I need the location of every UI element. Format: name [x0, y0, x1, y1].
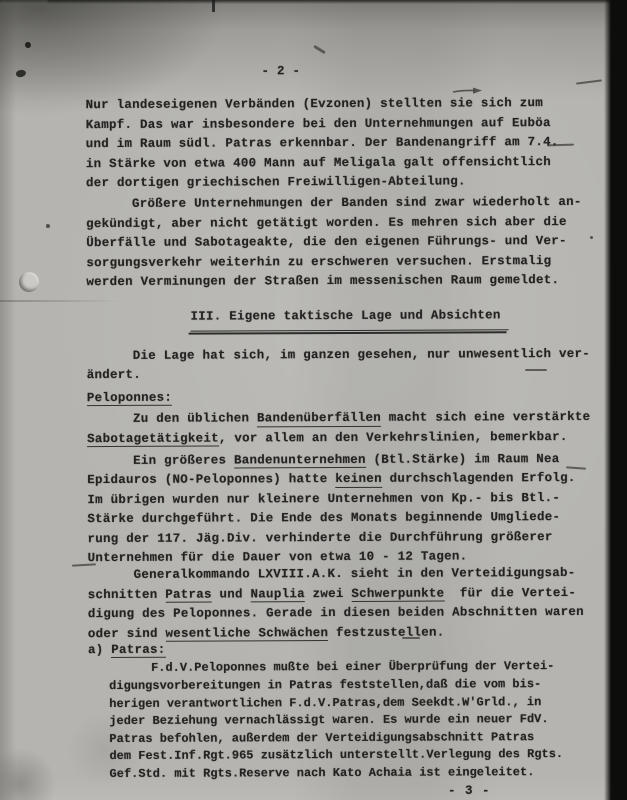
section-heading: III. Eigene taktische Lage und Absichten [191, 306, 592, 331]
paragraph: F.d.V.Peloponnes mußte bei einer Überprü… [109, 658, 594, 783]
text-line: herigen verantwortlichen F.d.V.Patras,de… [109, 693, 593, 713]
scan-right-black-edge [604, 0, 627, 800]
section-heading-text: III. Eigene taktische Lage und Absichten [191, 307, 509, 332]
text-line: ändert. [87, 364, 592, 386]
paragraph: Nur landeseigenen Verbänden (Evzonen) st… [86, 94, 591, 193]
paragraph: Zu den üblichen Bandenüberfällen macht s… [87, 408, 592, 449]
text-line: Stärke durchgeführt. Die Ende des Monats… [87, 508, 592, 530]
text-line: digung des Peloponnes. Gerade in diesen … [88, 603, 593, 625]
paragraph: Die Lage hat sich, im ganzen gesehen, nu… [87, 345, 592, 386]
text-line: in Stärke von etwa 400 Mann auf Meligala… [86, 153, 591, 175]
ink-speck [24, 41, 32, 49]
text-line: dem Fest.Inf.Rgt.965 zusätzlich unterste… [109, 746, 593, 766]
text-line: werden Verminungen der Straßen im messen… [86, 271, 591, 293]
text-line: und im Raum südl. Patras erkennbar. Der … [86, 133, 591, 155]
text-line: Überfälle und Sabotageakte, die den eige… [86, 232, 591, 254]
text-line: Nur landeseigenen Verbänden (Evzonen) st… [86, 94, 591, 116]
paragraph: Ein größeres Bandenunternehmen (Btl.Stär… [87, 450, 593, 569]
text-line: Größere Unternehmungen der Banden sind z… [86, 193, 591, 215]
paragraph: Größere Unternehmungen der Banden sind z… [86, 193, 591, 292]
text-line: rung der 117. Jäg.Div. verhinderte die D… [87, 527, 592, 549]
text-line: Die Lage hat sich, im ganzen gesehen, nu… [87, 345, 592, 367]
text-line: gekündigt, aber nicht getätigt worden. E… [86, 213, 591, 235]
text-line: Ein größeres Bandenunternehmen (Btl.Stär… [87, 450, 592, 472]
scan-edge-tick [212, 0, 215, 12]
ink-speck [46, 224, 50, 228]
ink-speck [15, 69, 26, 78]
text-line: sorgungsverkehr weiterhin zu erschweren … [86, 252, 591, 274]
text-line: Zu den üblichen Bandenüberfällen macht s… [87, 408, 592, 430]
document-text-column: - 2 -Nur landeseigenen Verbänden (Evzone… [85, 61, 593, 784]
paragraph-label: Peloponnes: [87, 387, 592, 409]
text-line: schnitten Patras und Nauplia zwei Schwer… [88, 584, 593, 606]
text-line: digungsvorbereitungen in Patras feststel… [109, 676, 593, 696]
scanned-document-page: - 2 -Nur landeseigenen Verbänden (Evzone… [0, 0, 627, 800]
text-line: F.d.V.Peloponnes mußte bei einer Überprü… [109, 658, 593, 678]
text-line: der dortigen griechischen Freiwilligen-A… [86, 172, 591, 194]
page-number-bottom: - 3 - [448, 784, 491, 798]
pencil-smudge [0, 0, 48, 4]
text-line: Gef.Std. mit Rgts.Reserve nach Kato Acha… [109, 764, 593, 784]
page-number-top: - 2 - [261, 61, 590, 82]
text-line: Sabotagetätigkeit, vor allem an den Verk… [87, 427, 592, 449]
text-line: Im übrigen wurden nur kleinere Unternehm… [87, 489, 592, 511]
hole-punch [19, 272, 39, 292]
text-line: Patras befohlen, außerdem der Verteidigu… [109, 729, 593, 749]
text-line: jeder Beziehung vernachlässigt waren. Es… [109, 711, 593, 731]
text-line: Kampf. Das war insbesondere bei den Unte… [86, 114, 591, 136]
text-line: Epidauros (NO-Peloponnes) hatte keinen d… [87, 469, 592, 491]
pencil-mark [313, 45, 326, 54]
scan-top-edge [0, 0, 627, 4]
text-line: Generalkommando LXVIII.A.K. sieht in den… [88, 564, 593, 586]
paragraph: Generalkommando LXVIII.A.K. sieht in den… [88, 564, 593, 644]
